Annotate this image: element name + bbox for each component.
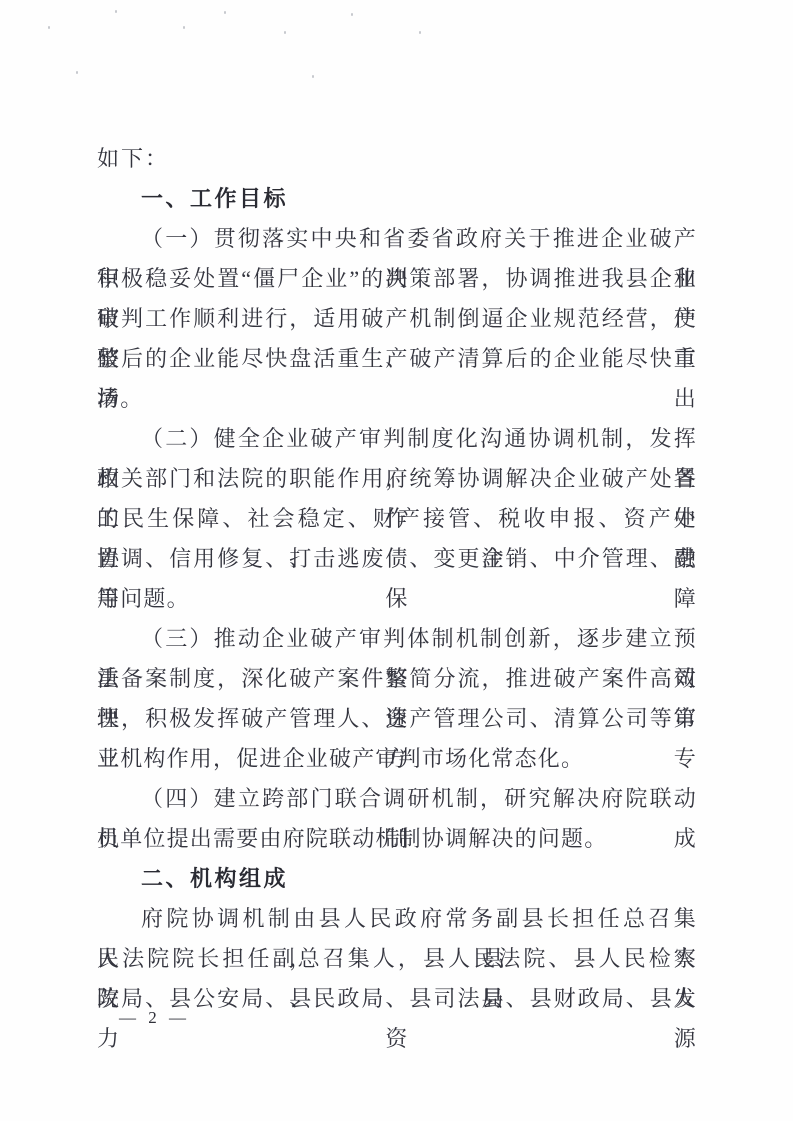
paragraph-line: 整后的企业能尽快盘活重生、破产清算后的企业能尽快市场出 xyxy=(97,339,697,379)
paragraph-line: 府院协调机制由县人民政府常务副县长担任总召集人，县人 xyxy=(97,899,697,939)
scan-speckle xyxy=(419,31,421,34)
paragraph-line: 的民生保障、社会稳定、财产接管、税收申报、资产处置、金融 xyxy=(97,499,697,539)
paragraph-line: （四）建立跨部门联合调研机制，研究解决府院联动机制成 xyxy=(97,779,697,819)
document-content: 如下： 一、工作目标 （一）贯彻落实中央和省委省政府关于推进企业破产审判和 积极… xyxy=(97,139,697,1019)
paragraph-line: 审判工作顺利进行，适用破产机制倒逼企业规范经营，使破产重 xyxy=(97,299,697,339)
paragraph-line: 协调、信用修复、打击逃废债、变更注销、中介管理、费用保障 xyxy=(97,539,697,579)
scan-speckle xyxy=(312,75,314,78)
page-number: — 2 — xyxy=(119,1008,190,1028)
scan-speckle xyxy=(351,13,353,16)
section-heading: 二、机构组成 xyxy=(97,859,697,899)
section-heading: 一、工作目标 xyxy=(97,179,697,219)
paragraph-line: 理，积极发挥破产管理人、资产管理公司、清算公司等第三方专 xyxy=(97,699,697,739)
paragraph-line: （三）推动企业破产审判体制机制创新，逐步建立预重整司 xyxy=(97,619,697,659)
scan-speckle xyxy=(183,26,185,29)
paragraph-line: 员单位提出需要由府院联动机制协调解决的问题。 xyxy=(97,819,697,859)
scan-speckle xyxy=(284,31,286,34)
intro-line: 如下： xyxy=(97,139,697,179)
scan-speckle xyxy=(224,11,226,14)
scan-speckle xyxy=(48,26,50,29)
scanned-document-page: 如下： 一、工作目标 （一）贯彻落实中央和省委省政府关于推进企业破产审判和 积极… xyxy=(0,0,793,1121)
paragraph-line: 相关部门和法院的职能作用，统筹协调解决企业破产处置工作中 xyxy=(97,459,697,499)
paragraph-line: （一）贯彻落实中央和省委省政府关于推进企业破产审判和 xyxy=(97,219,697,259)
paragraph-line: 民法院院长担任副总召集人，县人民法院、县人民检察院、县发 xyxy=(97,939,697,979)
paragraph-line: 法备案制度，深化破产案件繁简分流，推进破产案件高效快速审 xyxy=(97,659,697,699)
scan-speckle xyxy=(76,71,78,74)
paragraph-line: 积极稳妥处置“僵尸企业”的决策部署，协调推进我县企业破产 xyxy=(97,259,697,299)
scan-speckle xyxy=(115,10,117,13)
paragraph-line: （二）健全企业破产审判制度化沟通协调机制，发挥政府各 xyxy=(97,419,697,459)
